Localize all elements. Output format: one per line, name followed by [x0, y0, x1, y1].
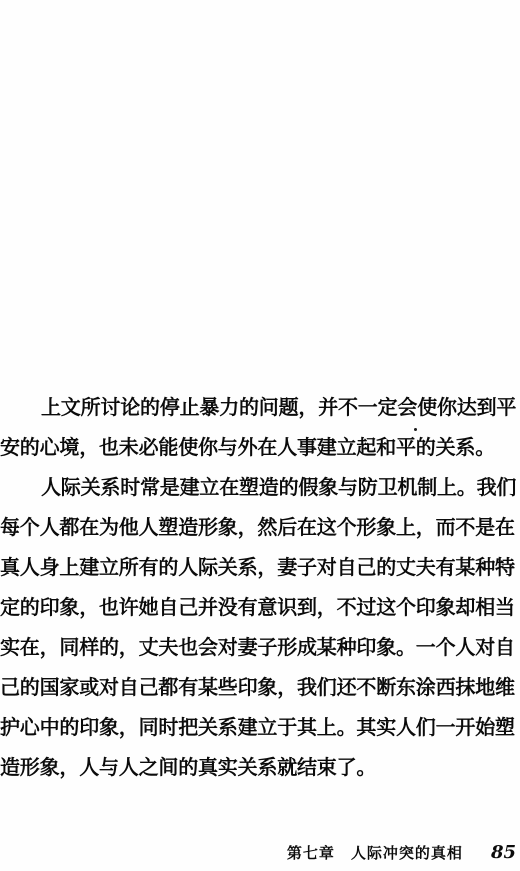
footer-page-number: 85 [491, 842, 516, 863]
footer-chapter-heading: 第七章 人际冲突的真相 [287, 842, 463, 863]
text-line: 真人身上建立所有的人际关系，妻子对自己的丈夫有某种特 [0, 548, 520, 588]
body-text: 上文所讨论的停止暴力的问题，并不一定会使你达到平 安的心境，也未必能使你与外在人… [0, 388, 520, 788]
scan-speck [414, 428, 417, 431]
text-line: 护心中的印象，同时把关系建立于其上。其实人们一开始塑 [0, 708, 520, 748]
page-footer: 第七章 人际冲突的真相 85 [0, 842, 516, 863]
text-line: 己的国家或对自己都有某些印象，我们还不断东涂西抹地维 [0, 668, 520, 708]
text-line: 人际关系时常是建立在塑造的假象与防卫机制上。我们 [0, 468, 520, 508]
text-line: 安的心境，也未必能使你与外在人事建立起和平的关系。 [0, 428, 520, 468]
text-line: 每个人都在为他人塑造形象，然后在这个形象上，而不是在 [0, 508, 520, 548]
book-page: 上文所讨论的停止暴力的问题，并不一定会使你达到平 安的心境，也未必能使你与外在人… [0, 0, 520, 871]
text-line: 定的印象，也许她自己并没有意识到，不过这个印象却相当 [0, 588, 520, 628]
text-line: 实在，同样的，丈夫也会对妻子形成某种印象。一个人对自 [0, 628, 520, 668]
text-line: 上文所讨论的停止暴力的问题，并不一定会使你达到平 [0, 388, 520, 428]
text-line: 造形象，人与人之间的真实关系就结束了。 [0, 748, 520, 788]
